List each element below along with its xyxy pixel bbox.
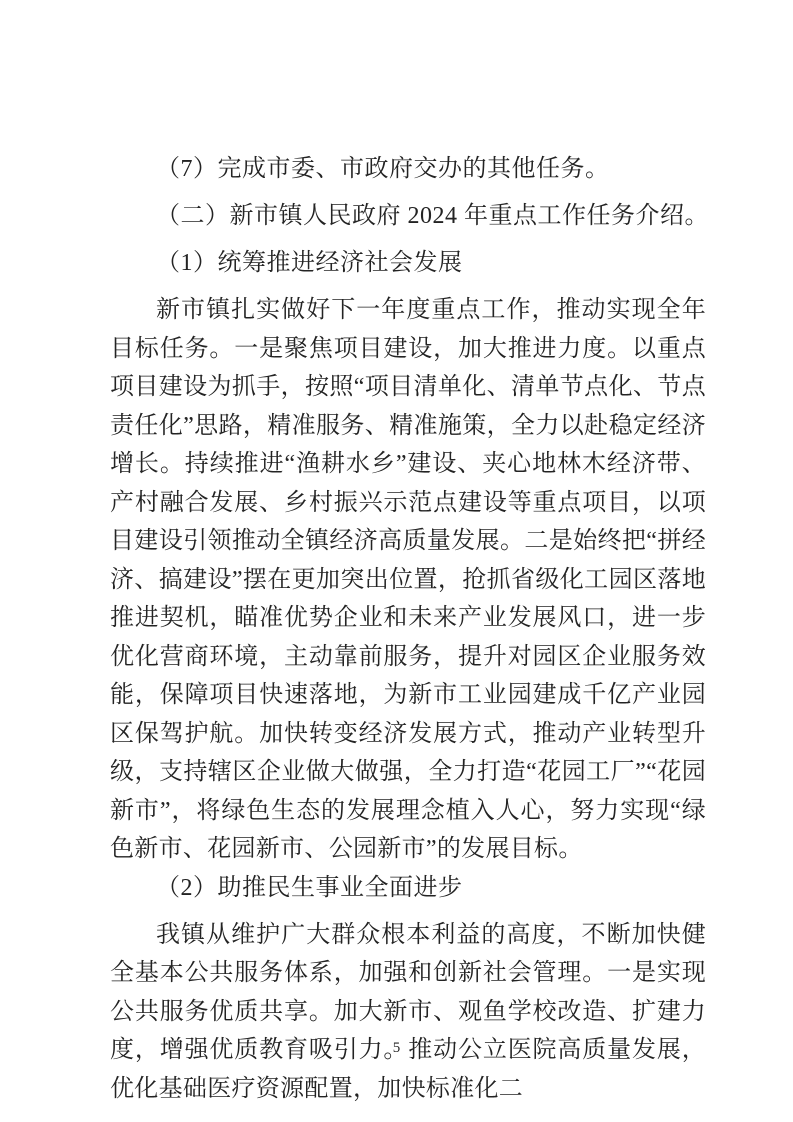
sub-heading-livelihood-progress: （2）助推民生事业全面进步 [110,869,706,907]
document-page: （7）完成市委、市政府交办的其他任务。 （二）新市镇人民政府 2024 年重点工… [0,0,793,1122]
list-item-7: （7）完成市委、市政府交办的其他任务。 [110,150,706,188]
section-heading-2024-tasks: （二）新市镇人民政府 2024 年重点工作任务介绍。 [110,197,706,235]
page-number: 5 [0,1040,793,1057]
document-content: （7）完成市委、市政府交办的其他任务。 （二）新市镇人民政府 2024 年重点工… [110,150,706,1108]
paragraph-economic-development: 新市镇扎实做好下一年度重点工作，推动实现全年目标任务。一是聚焦项目建设，加大推进… [110,291,706,869]
sub-heading-economic-development: （1）统筹推进经济社会发展 [110,244,706,282]
paragraph-livelihood-progress: 我镇从维护广大群众根本利益的高度，不断加快健全基本公共服务体系，加强和创新社会管… [110,916,706,1109]
